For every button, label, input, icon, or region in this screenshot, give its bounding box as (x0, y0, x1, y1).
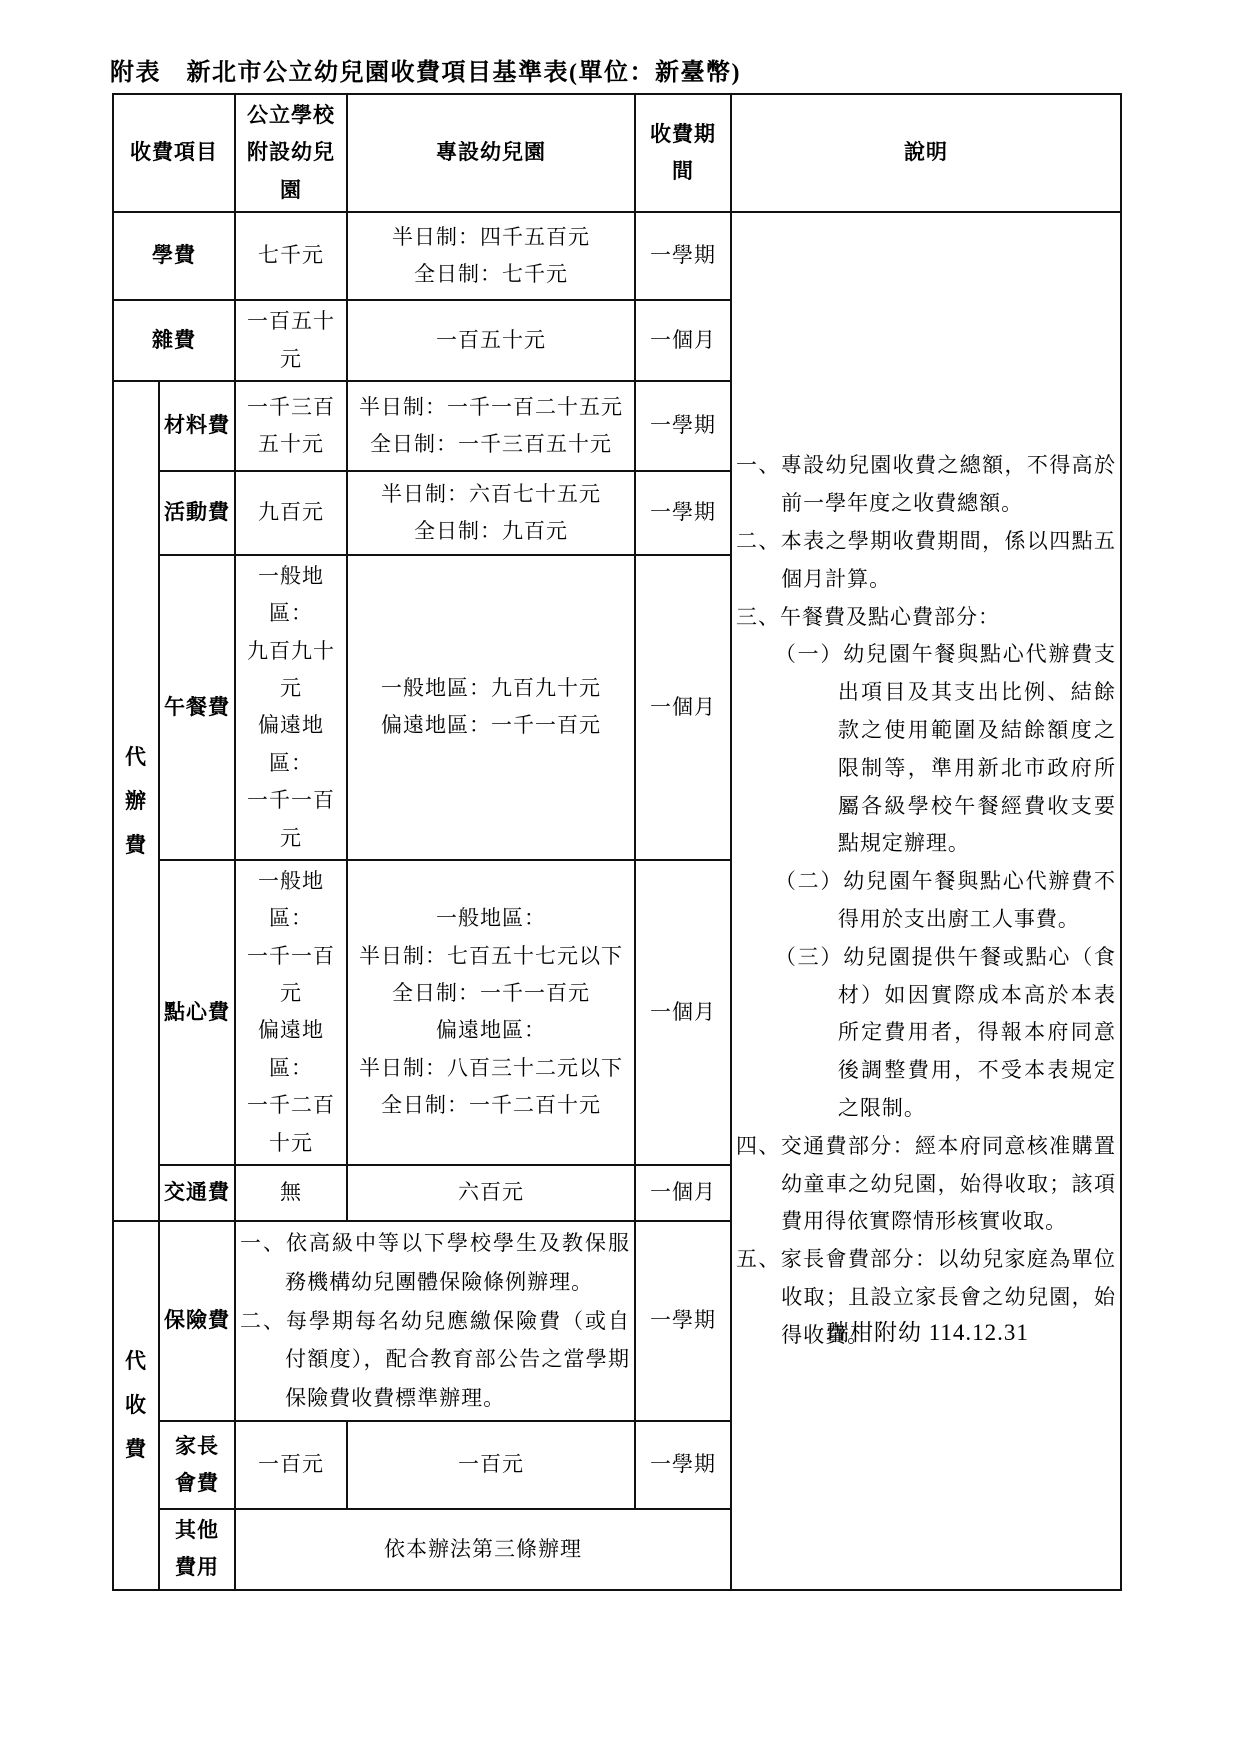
cell-material-label: 材料費 (159, 381, 235, 471)
cell-line: 全日制：七千元 (352, 256, 630, 293)
note-num: 三、 (736, 605, 780, 629)
cell-line: 一千一百元 (240, 782, 342, 857)
cell-parents-label: 家長 會費 (159, 1421, 235, 1509)
cell-parents-period: 一學期 (635, 1421, 731, 1509)
note-num: 一、 (240, 1231, 286, 1255)
note-num: 四、 (736, 1134, 781, 1158)
header-row: 收費項目 公立學校 附設幼兒園 專設幼兒園 收費期間 說明 (113, 94, 1121, 212)
note-text: 午餐費及點心費部分： (780, 605, 1000, 629)
cell-lunch-label: 午餐費 (159, 555, 235, 860)
cell-lunch-affiliated: 一般地區： 九百九十元 偏遠地區： 一千一百元 (235, 555, 347, 860)
cell-line: 半日制：八百三十二元以下 (352, 1050, 630, 1087)
notes-cell: 一、專設幼兒園收費之總額，不得高於前一學年度之收費總額。 二、本表之學期收費期間… (731, 212, 1121, 1590)
note-num: 一、 (736, 453, 781, 477)
note-num: （一） (775, 642, 843, 666)
note-num: （三） (775, 945, 843, 969)
cell-activity-affiliated: 九百元 (235, 471, 347, 555)
cell-transport-period: 一個月 (635, 1165, 731, 1221)
cell-collect-group-label: 代收費 (113, 1221, 159, 1590)
cell-transport-dedicated: 六百元 (347, 1165, 635, 1221)
group-label-text: 代收費 (124, 1339, 148, 1471)
cell-parents-dedicated: 一百元 (347, 1421, 635, 1509)
insurance-item-2: 二、每學期每名幼兒應繳保險費（或自付額度），配合教育部公告之當學期保險費收費標準… (240, 1302, 630, 1419)
note-num: 二、 (240, 1309, 286, 1333)
cell-line: 家長 (164, 1428, 230, 1465)
header-affiliated-line: 附設幼兒園 (240, 134, 342, 209)
cell-other-label: 其他 費用 (159, 1509, 235, 1590)
cell-line: 一千三百 (240, 389, 342, 426)
cell-line: 全日制：一千一百元 (352, 975, 630, 1012)
cell-activity-label: 活動費 (159, 471, 235, 555)
cell-activity-dedicated: 半日制：六百七十五元 全日制：九百元 (347, 471, 635, 555)
fee-table: 收費項目 公立學校 附設幼兒園 專設幼兒園 收費期間 說明 學費 七千元 半日制… (112, 93, 1122, 1591)
header-fee-item: 收費項目 (113, 94, 235, 212)
cell-tuition-affiliated: 七千元 (235, 212, 347, 300)
cell-line: 半日制：一千一百二十五元 (352, 389, 630, 426)
cell-insurance-label: 保險費 (159, 1221, 235, 1421)
note-text: 幼兒園午餐與點心代辦費支出項目及其支出比例、結餘款之使用範圍及結餘額度之限制等，… (838, 642, 1116, 855)
cell-line: 半日制：七百五十七元以下 (352, 938, 630, 975)
header-period: 收費期間 (635, 94, 731, 212)
note-text: 每學期每名幼兒應繳保險費（或自付額度），配合教育部公告之當學期保險費收費標準辦理… (285, 1309, 630, 1411)
cell-snack-period: 一個月 (635, 860, 731, 1165)
note-text: 專設幼兒園收費之總額，不得高於前一學年度之收費總額。 (781, 453, 1116, 515)
note-text: 本表之學期收費期間，係以四點五個月計算。 (781, 529, 1116, 591)
cell-line: 費用 (164, 1549, 230, 1586)
header-notes: 說明 (731, 94, 1121, 212)
cell-line: 一般地區：九百九十元 (352, 670, 630, 707)
cell-line: 半日制：四千五百元 (352, 219, 630, 256)
footer-note: 瑞柑附幼 114.12.31 (826, 1314, 1029, 1347)
cell-other-merged: 依本辦法第三條辦理 (235, 1509, 731, 1590)
document-page: 附表 新北市公立幼兒園收費項目基準表(單位：新臺幣) 收費項目 公立學校 附設幼… (0, 0, 1241, 1755)
cell-line: 偏遠地區： (240, 1012, 342, 1087)
cell-material-dedicated: 半日制：一千一百二十五元 全日制：一千三百五十元 (347, 381, 635, 471)
cell-snack-dedicated: 一般地區： 半日制：七百五十七元以下 全日制：一千一百元 偏遠地區： 半日制：八… (347, 860, 635, 1165)
cell-activity-period: 一學期 (635, 471, 731, 555)
cell-line: 會費 (164, 1465, 230, 1502)
cell-material-affiliated: 一千三百 五十元 (235, 381, 347, 471)
cell-line: 其他 (164, 1512, 230, 1549)
cell-line: 全日制：一千二百十元 (352, 1087, 630, 1124)
note-text: 交通費部分：經本府同意核准購置幼童車之幼兒園，始得收取；該項費用得依實際情形核實… (781, 1134, 1116, 1234)
header-dedicated: 專設幼兒園 (347, 94, 635, 212)
note-num: 二、 (736, 529, 781, 553)
note-num: 五、 (736, 1247, 781, 1271)
insurance-item-1: 一、依高級中等以下學校學生及教保服務機構幼兒團體保險條例辦理。 (240, 1224, 630, 1302)
cell-transport-affiliated: 無 (235, 1165, 347, 1221)
cell-lunch-period: 一個月 (635, 555, 731, 860)
note-item-3-1: （一）幼兒園午餐與點心代辦費支出項目及其支出比例、結餘款之使用範圍及結餘額度之限… (775, 636, 1116, 863)
cell-agency-group-label: 代辦費 (113, 381, 159, 1221)
cell-misc-period: 一個月 (635, 300, 731, 381)
header-affiliated-line: 公立學校 (240, 97, 342, 134)
cell-line: 全日制：九百元 (352, 513, 630, 550)
cell-line: 一般地區： (240, 863, 342, 938)
cell-misc-label: 雜費 (113, 300, 235, 381)
note-text: 幼兒園午餐與點心代辦費不得用於支出廚工人事費。 (838, 869, 1116, 931)
cell-line: 全日制：一千三百五十元 (352, 426, 630, 463)
cell-misc-affiliated: 一百五十元 (235, 300, 347, 381)
cell-line: 十元 (240, 1125, 342, 1162)
cell-line: 半日制：六百七十五元 (352, 476, 630, 513)
note-text: 依高級中等以下學校學生及教保服務機構幼兒團體保險條例辦理。 (285, 1231, 630, 1294)
note-item-2: 二、本表之學期收費期間，係以四點五個月計算。 (736, 523, 1116, 599)
cell-line: 偏遠地區：一千一百元 (352, 707, 630, 744)
cell-snack-affiliated: 一般地區： 一千一百元 偏遠地區： 一千二百 十元 (235, 860, 347, 1165)
header-affiliated: 公立學校 附設幼兒園 (235, 94, 347, 212)
note-item-4: 四、交通費部分：經本府同意核准購置幼童車之幼兒園，始得收取；該項費用得依實際情形… (736, 1128, 1116, 1241)
cell-misc-dedicated: 一百五十元 (347, 300, 635, 381)
cell-insurance-merged: 一、依高級中等以下學校學生及教保服務機構幼兒團體保險條例辦理。 二、每學期每名幼… (235, 1221, 635, 1421)
note-num: （二） (775, 869, 843, 893)
cell-line: 偏遠地區： (352, 1012, 630, 1049)
cell-lunch-dedicated: 一般地區：九百九十元 偏遠地區：一千一百元 (347, 555, 635, 860)
cell-insurance-period: 一學期 (635, 1221, 731, 1421)
table-row-tuition: 學費 七千元 半日制：四千五百元 全日制：七千元 一學期 一、專設幼兒園收費之總… (113, 212, 1121, 300)
cell-tuition-label: 學費 (113, 212, 235, 300)
cell-line: 九百九十元 (240, 633, 342, 708)
cell-line: 五十元 (240, 426, 342, 463)
cell-tuition-dedicated: 半日制：四千五百元 全日制：七千元 (347, 212, 635, 300)
note-text: 幼兒園提供午餐或點心（食材）如因實際成本高於本表所定費用者，得報本府同意後調整費… (838, 945, 1116, 1120)
cell-tuition-period: 一學期 (635, 212, 731, 300)
cell-line: 一千一百元 (240, 938, 342, 1013)
note-item-3-2: （二）幼兒園午餐與點心代辦費不得用於支出廚工人事費。 (775, 863, 1116, 939)
cell-line: 一般地區： (352, 900, 630, 937)
note-item-1: 一、專設幼兒園收費之總額，不得高於前一學年度之收費總額。 (736, 447, 1116, 523)
group-label-text: 代辦費 (124, 735, 148, 867)
cell-line: 一般地區： (240, 558, 342, 633)
cell-transport-label: 交通費 (159, 1165, 235, 1221)
cell-line: 一千二百 (240, 1087, 342, 1124)
cell-line: 偏遠地區： (240, 707, 342, 782)
cell-material-period: 一學期 (635, 381, 731, 471)
cell-parents-affiliated: 一百元 (235, 1421, 347, 1509)
cell-snack-label: 點心費 (159, 860, 235, 1165)
note-item-3-3: （三）幼兒園提供午餐或點心（食材）如因實際成本高於本表所定費用者，得報本府同意後… (775, 939, 1116, 1128)
note-item-3: 三、午餐費及點心費部分： (736, 599, 1116, 637)
page-title: 附表 新北市公立幼兒園收費項目基準表(單位：新臺幣) (110, 52, 741, 87)
